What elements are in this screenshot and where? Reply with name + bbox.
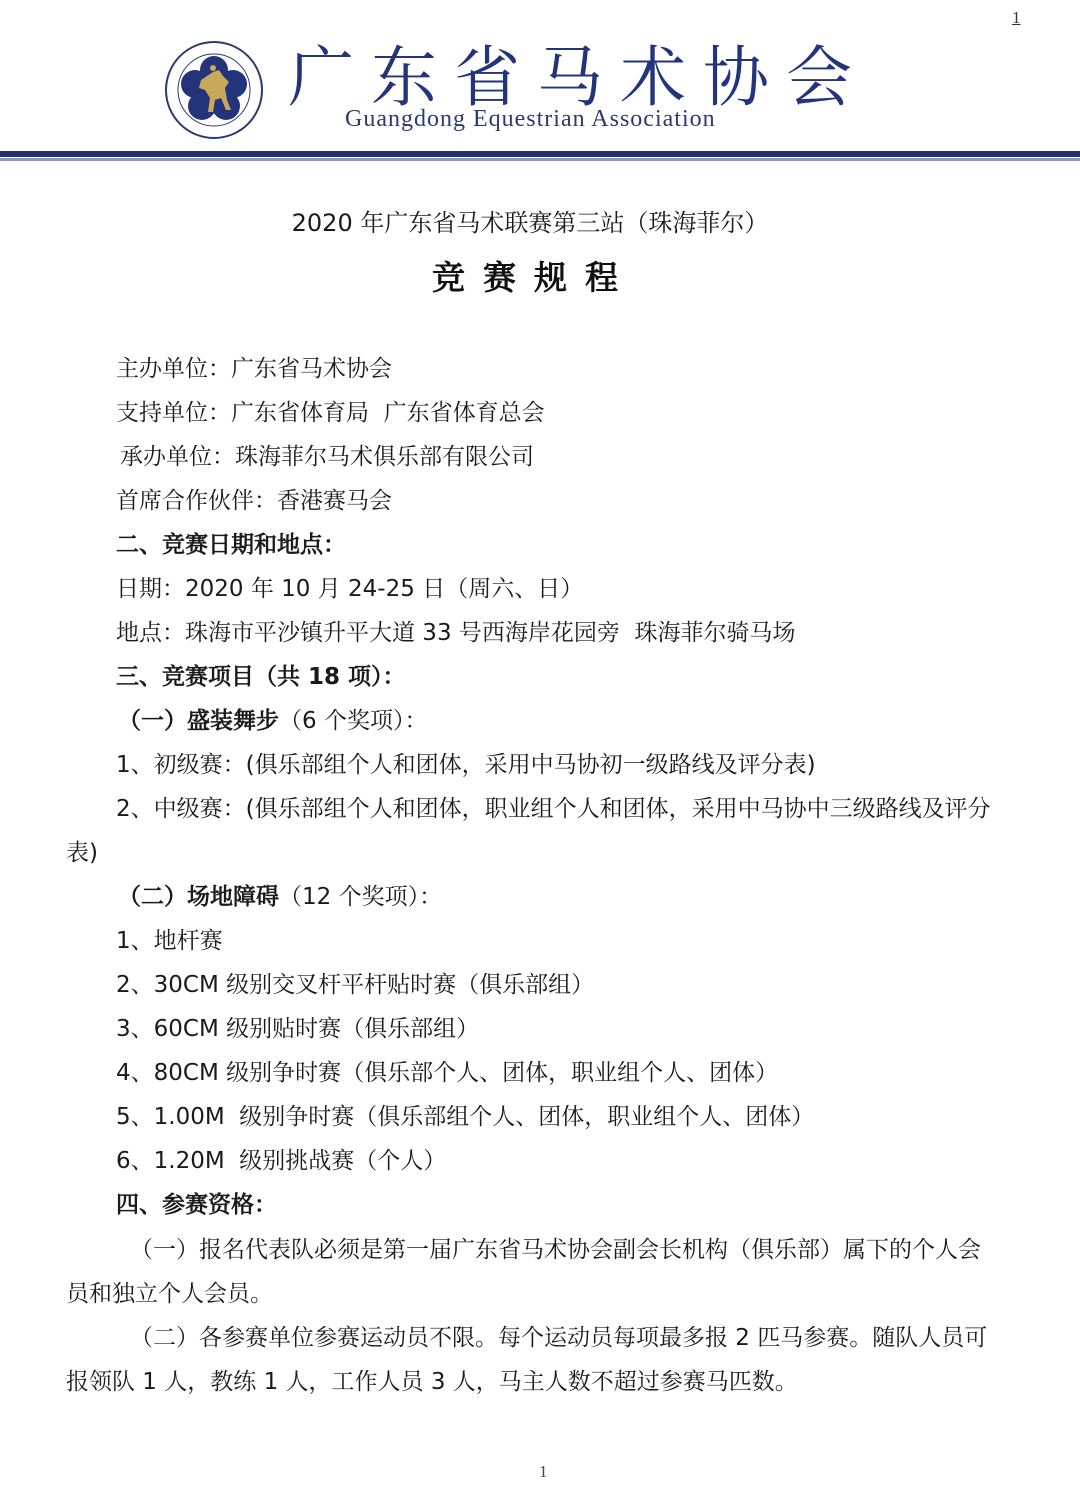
- organizer-value: 广东省体育局 广东省体育总会: [231, 400, 545, 426]
- organizer-undertaker: 承办单位：珠海菲尔马术俱乐部有限公司: [120, 442, 534, 472]
- show-jumping-item: 1、地杆赛: [116, 926, 223, 956]
- show-jumping-heading: （二）场地障碍（12 个奖项）：: [118, 882, 442, 912]
- section2-heading: 二、竞赛日期和地点：: [116, 530, 346, 560]
- organizer-value: 珠海菲尔马术俱乐部有限公司: [235, 444, 534, 470]
- organizer-value: 广东省马术协会: [231, 356, 392, 382]
- header-rule-thin: [0, 158, 1080, 161]
- organizer-label: 承办单位：: [120, 444, 235, 470]
- dressage-item: 2、中级赛：(俱乐部组个人和团体，职业组个人和团体，采用中马协中三级路线及评分: [116, 794, 991, 824]
- show-jumping-heading-count: （12 个奖项）：: [279, 884, 442, 910]
- organizer-label: 首席合作伙伴：: [116, 488, 277, 514]
- document-subtitle: 2020 年广东省马术联赛第三站（珠海菲尔）: [0, 203, 1060, 238]
- organizer-support: 支持单位：广东省体育局 广东省体育总会: [116, 398, 545, 428]
- dressage-item: 1、初级赛：(俱乐部组个人和团体，采用中马协初一级路线及评分表): [116, 750, 816, 780]
- organizer-partner: 首席合作伙伴：香港赛马会: [116, 486, 392, 516]
- page-number-top: 1: [1012, 8, 1021, 28]
- show-jumping-heading-title: （二）场地障碍: [118, 884, 279, 910]
- show-jumping-item: 4、80CM 级别争时赛（俱乐部个人、团体，职业组个人、团体）: [116, 1058, 778, 1088]
- eligibility-paragraph-continued: 报领队 1 人，教练 1 人，工作人员 3 人，马主人数不超过参赛马匹数。: [66, 1367, 798, 1397]
- document-title: 竞赛规程: [0, 252, 1068, 299]
- eligibility-paragraph: （二）各参赛单位参赛运动员不限。每个运动员每项最多报 2 匹马参赛。随队人员可: [130, 1323, 987, 1353]
- eligibility-paragraph: （一）报名代表队必须是第一届广东省马术协会副会长机构（俱乐部）属下的个人会: [130, 1235, 981, 1265]
- dressage-item-continued: 表): [66, 838, 98, 868]
- organizer-label: 支持单位：: [116, 400, 231, 426]
- dressage-heading: （一）盛装舞步（6 个奖项）：: [118, 706, 427, 736]
- section4-heading: 四、参赛资格：: [116, 1190, 277, 1220]
- dressage-heading-count: （6 个奖项）：: [279, 708, 427, 734]
- event-location: 地点：珠海市平沙镇升平大道 33 号西海岸花园旁 珠海菲尔骑马场: [116, 618, 796, 648]
- dressage-heading-title: （一）盛装舞步: [118, 708, 279, 734]
- header-rule-thick: [0, 151, 1080, 157]
- org-name-en: Guangdong Equestrian Association: [345, 106, 716, 133]
- eligibility-paragraph-continued: 员和独立个人会员。: [66, 1279, 273, 1309]
- show-jumping-item: 5、1.00M 级别争时赛（俱乐部组个人、团体，职业组个人、团体）: [116, 1102, 814, 1132]
- page-number-bottom: 1: [539, 1462, 548, 1482]
- event-date: 日期：2020 年 10 月 24-25 日（周六、日）: [116, 574, 583, 604]
- horse-emblem-icon: [163, 40, 265, 140]
- organizer-value: 香港赛马会: [277, 488, 392, 514]
- show-jumping-item: 2、30CM 级别交叉杆平杆贴时赛（俱乐部组）: [116, 970, 594, 1000]
- section3-heading: 三、竞赛项目（共 18 项）：: [116, 662, 406, 692]
- show-jumping-item: 3、60CM 级别贴时赛（俱乐部组）: [116, 1014, 479, 1044]
- show-jumping-item: 6、1.20M 级别挑战赛（个人）: [116, 1146, 446, 1176]
- organizer-label: 主办单位：: [116, 356, 231, 382]
- organizer-host: 主办单位：广东省马术协会: [116, 354, 392, 384]
